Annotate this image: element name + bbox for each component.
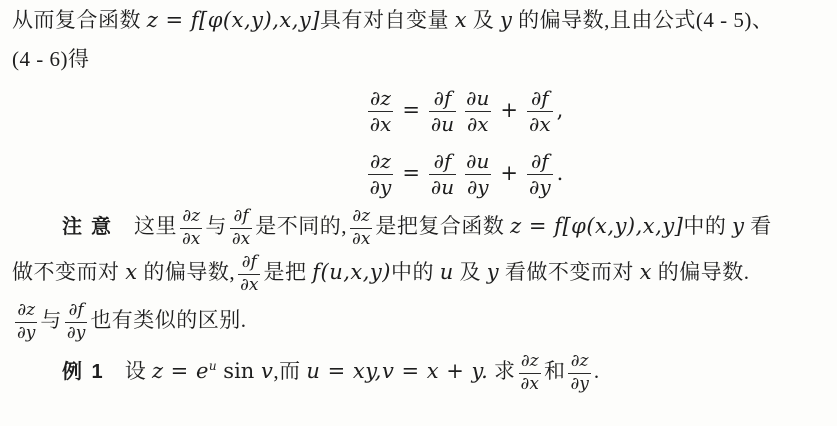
- fraction-dz-dy: ∂z∂y: [368, 150, 394, 199]
- fraction-denominator: ∂x: [238, 274, 260, 296]
- intro-text-2: 具有对自变量: [320, 8, 455, 32]
- fraction-denominator: ∂x: [230, 228, 252, 250]
- note-text-5: 中的: [683, 214, 732, 238]
- note-text-2: 与: [205, 214, 227, 238]
- fraction-denominator: ∂x: [465, 111, 491, 136]
- example-text-3: 求: [488, 359, 515, 383]
- fraction-numerator: ∂f: [240, 253, 259, 274]
- equals-sign: =: [402, 161, 420, 185]
- fraction-numerator: ∂z: [368, 87, 393, 111]
- fraction-denominator: ∂x: [368, 111, 394, 136]
- fraction-denominator: ∂u: [429, 111, 456, 136]
- textbook-page: 从而复合函数 z = f[φ(x,y),x,y]具有对自变量 x 及 y 的偏导…: [0, 0, 837, 426]
- equation-comma: ,: [557, 98, 564, 122]
- fraction-denominator: ∂y: [15, 322, 37, 344]
- math-superscript-u: u: [209, 359, 217, 373]
- note-text-13: 的偏导数.: [652, 260, 750, 284]
- math-composite-function: z = f[φ(x,y),x,y]: [147, 8, 320, 32]
- example-line: 例 1设 z = eu sin v,而 u = xy,v = x + y. 求∂…: [12, 351, 827, 394]
- fraction-numerator: ∂f: [529, 150, 551, 174]
- fraction-df-du: ∂f∂u: [429, 87, 456, 136]
- fraction-dz-dy: ∂z∂y: [15, 301, 37, 343]
- fraction-numerator: ∂z: [368, 150, 393, 174]
- plus-sign: +: [500, 161, 518, 185]
- note-text-11: 及: [454, 260, 487, 284]
- fraction-du-dy: ∂u∂y: [464, 150, 491, 199]
- math-z-eq-e: z = e: [152, 359, 209, 383]
- note-text-10: 中的: [391, 260, 440, 284]
- fraction-denominator: ∂y: [465, 174, 491, 199]
- note-text-1: 这里: [134, 214, 177, 238]
- fraction-numerator: ∂z: [180, 207, 202, 228]
- math-var-x: x: [125, 260, 137, 284]
- math-var-y: y: [487, 260, 499, 284]
- fraction-numerator: ∂z: [519, 352, 541, 373]
- fraction-dz-dy: ∂z∂y: [568, 352, 590, 394]
- note-text-15: 也有类似的区别.: [90, 308, 246, 332]
- fraction-du-dx: ∂u∂x: [464, 87, 491, 136]
- fraction-numerator: ∂z: [569, 352, 591, 373]
- fraction-numerator: ∂z: [15, 301, 37, 322]
- fraction-numerator: ∂u: [464, 87, 491, 111]
- fraction-denominator: ∂y: [527, 174, 553, 199]
- fraction-dz-dx: ∂z∂x: [368, 87, 394, 136]
- fraction-numerator: ∂z: [350, 207, 372, 228]
- fraction-denominator: ∂y: [568, 373, 590, 395]
- note-text-4: 是把复合函数: [375, 214, 510, 238]
- fraction-df-dy: ∂f∂y: [527, 150, 553, 199]
- fraction-df-dx: ∂f∂x: [527, 87, 553, 136]
- fraction-denominator: ∂y: [65, 322, 87, 344]
- math-var-x: x: [640, 260, 652, 284]
- intro-line-2: (4 - 6)得: [12, 44, 827, 75]
- example-text-2: ,而: [273, 359, 306, 383]
- equation-period: .: [557, 161, 564, 185]
- note-text-6: 看: [745, 214, 772, 238]
- fraction-numerator: ∂f: [67, 301, 86, 322]
- note-line-2: 做不变而对 x 的偏导数,∂f∂x是把 f(u,x,y)中的 u 及 y 看做不…: [12, 253, 827, 295]
- fraction-numerator: ∂f: [432, 87, 454, 111]
- fraction-numerator: ∂f: [432, 150, 454, 174]
- fraction-dz-dx: ∂z∂x: [350, 207, 372, 249]
- intro-text-5: (4 - 6)得: [12, 47, 89, 71]
- fraction-numerator: ∂f: [529, 87, 551, 111]
- intro-text-1: 从而复合函数: [12, 8, 147, 32]
- math-var-u: u: [440, 260, 454, 284]
- fraction-numerator: ∂u: [464, 150, 491, 174]
- note-line-3: ∂z∂y与∂f∂y也有类似的区别.: [12, 301, 827, 343]
- display-equation-1: ∂z∂x=∂f∂u∂u∂x+∂f∂x,: [12, 82, 827, 138]
- fraction-df-dy: ∂f∂y: [65, 301, 87, 343]
- fraction-df-du: ∂f∂u: [429, 150, 456, 199]
- fraction-dz-dx: ∂z∂x: [519, 352, 541, 394]
- plus-sign: +: [500, 98, 518, 122]
- math-f-uxy: f(u,x,y): [312, 260, 391, 284]
- fraction-df-dx: ∂f∂x: [230, 207, 252, 249]
- fraction-denominator: ∂x: [519, 373, 541, 395]
- fraction-denominator: ∂u: [429, 174, 456, 199]
- note-text-8: 的偏导数,: [138, 260, 236, 284]
- equals-sign: =: [402, 98, 420, 122]
- note-line-1: 注意这里∂z∂x与∂f∂x是不同的,∂z∂x是把复合函数 z = f[φ(x,y…: [12, 207, 827, 249]
- fraction-denominator: ∂x: [527, 111, 553, 136]
- math-sin-operator: sin: [217, 359, 261, 383]
- math-var-y: y: [500, 8, 512, 32]
- note-text-9: 是把: [263, 260, 312, 284]
- note-text-12: 看做不变而对: [499, 260, 640, 284]
- example-text-5: .: [594, 359, 600, 383]
- note-text-3: 是不同的,: [255, 214, 347, 238]
- example-text-1: 设: [125, 359, 152, 383]
- math-var-x: x: [455, 8, 467, 32]
- note-text-14: 与: [40, 308, 62, 332]
- math-u-v-defs: u = xy,v = x + y.: [306, 359, 488, 383]
- display-equation-2: ∂z∂y=∂f∂u∂u∂y+∂f∂y.: [12, 145, 827, 201]
- math-var-v: v: [261, 359, 273, 383]
- intro-text-3: 及: [467, 8, 500, 32]
- fraction-denominator: ∂x: [180, 228, 202, 250]
- note-label: 注意: [62, 216, 120, 238]
- fraction-dz-dx: ∂z∂x: [180, 207, 202, 249]
- fraction-denominator: ∂x: [350, 228, 372, 250]
- fraction-df-dx: ∂f∂x: [238, 253, 260, 295]
- fraction-denominator: ∂y: [368, 174, 394, 199]
- intro-line-1: 从而复合函数 z = f[φ(x,y),x,y]具有对自变量 x 及 y 的偏导…: [12, 5, 827, 36]
- example-text-4: 和: [544, 359, 566, 383]
- note-text-7: 做不变而对: [12, 260, 125, 284]
- example-label: 例 1: [62, 361, 105, 383]
- math-composite-function: z = f[φ(x,y),x,y]: [510, 214, 683, 238]
- fraction-numerator: ∂f: [232, 207, 251, 228]
- math-var-y: y: [732, 214, 744, 238]
- intro-text-4: 的偏导数,且由公式(4 - 5)、: [512, 8, 773, 32]
